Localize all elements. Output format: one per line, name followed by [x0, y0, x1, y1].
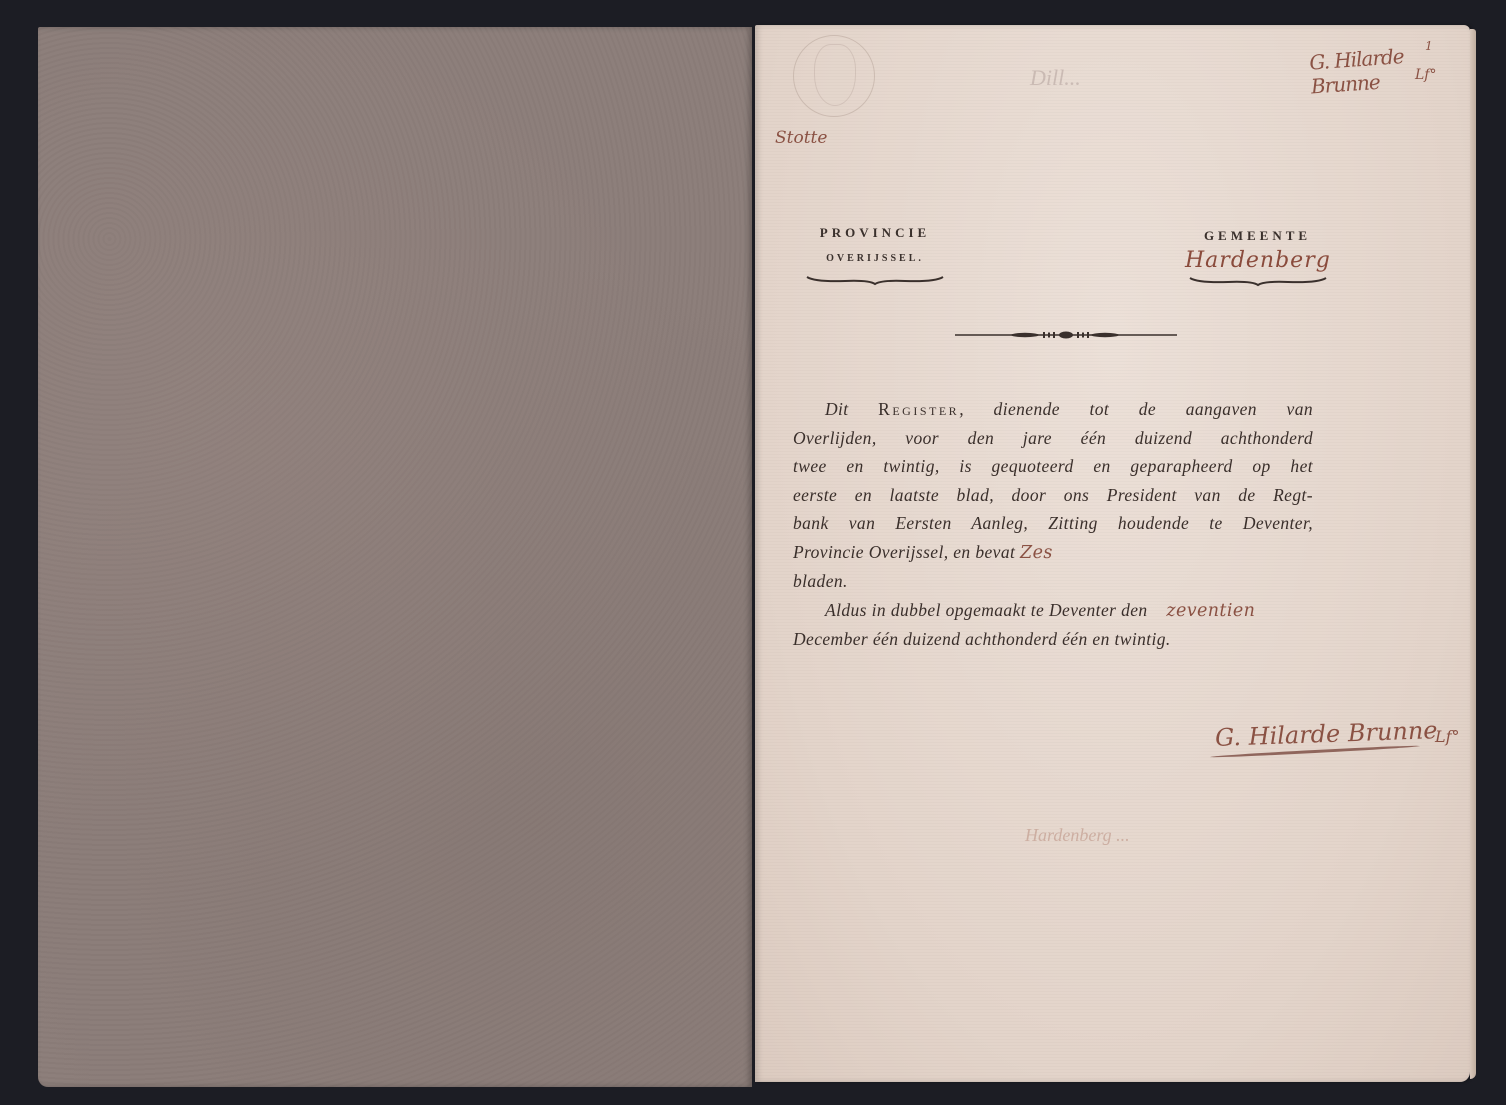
- faded-bleed-top: Dill...: [1030, 65, 1081, 91]
- municipality-block: GEMEENTE Hardenberg: [1185, 228, 1330, 287]
- text: Dit: [825, 399, 878, 419]
- brace-ornament-icon: [1188, 275, 1328, 287]
- register-word: Register: [878, 399, 959, 419]
- top-paraph: Lf°: [1415, 67, 1436, 83]
- page-edge: [1470, 29, 1476, 1079]
- municipality-label: GEMEENTE: [1185, 228, 1330, 244]
- crest-icon: [814, 44, 856, 106]
- day-handwritten: zeventien: [1166, 601, 1255, 621]
- text-line: December één duizend achthonderd één en …: [793, 625, 1313, 654]
- top-signature: G. Hilarde Brunne: [1309, 39, 1472, 98]
- text-line: bank van Eersten Aanleg, Zitting houdend…: [793, 509, 1313, 538]
- text-line: Overlijden, voor den jare één duizend ac…: [793, 424, 1313, 453]
- province-block: PROVINCIE OVERIJSSEL.: [800, 225, 950, 286]
- register-declaration: Dit Register, dienende tot de aangaven v…: [793, 395, 1313, 654]
- register-title-page: Dill... G. Hilarde Brunne 1 Lf° Stotte P…: [755, 25, 1470, 1082]
- seal-stamp-icon: [793, 35, 875, 117]
- leaf-count-handwritten: Zes: [1020, 543, 1053, 563]
- province-label: PROVINCIE: [800, 225, 950, 241]
- text-line: twee en twintig, is gequoteerd en gepara…: [793, 452, 1313, 481]
- signature-paraph: Lf°: [1435, 727, 1460, 746]
- text-line: eerste en laatste blad, door ons Preside…: [793, 481, 1313, 510]
- municipality-value: Hardenberg: [1185, 248, 1330, 273]
- text: Provincie Overijssel, en bevat: [793, 542, 1020, 562]
- text-line: bladen.: [793, 567, 1313, 596]
- handwritten-name: Stotte: [775, 128, 827, 148]
- text: Aldus in dubbel opgemaakt te Deventer de…: [825, 600, 1152, 620]
- text: , dienende tot de aangaven van: [959, 399, 1313, 419]
- faded-bleed-bottom: Hardenberg ...: [1025, 825, 1130, 846]
- folio-number: 1: [1425, 39, 1433, 53]
- cover-board: [38, 27, 752, 1087]
- province-value: OVERIJSSEL.: [800, 253, 950, 264]
- brace-ornament-icon: [805, 274, 945, 286]
- ornamental-divider-icon: [955, 330, 1177, 340]
